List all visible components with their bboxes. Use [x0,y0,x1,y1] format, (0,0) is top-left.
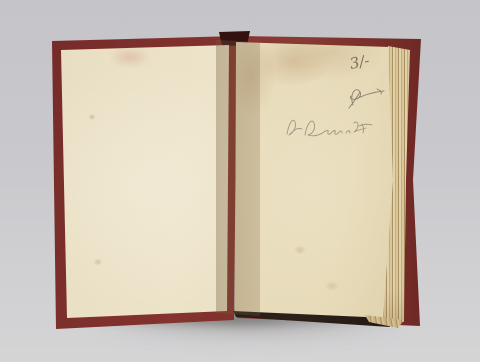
price-mark-text: 3/- [348,51,371,73]
signature-stroke [287,120,372,136]
scribble-stroke [349,89,384,108]
pencil-price-mark: 3/- [348,51,371,73]
photo-open-book: 3/- [0,0,480,362]
pencil-scribble-mark [349,89,384,108]
pencil-annotations: 3/- [0,0,480,362]
pencil-owner-signature [287,120,372,136]
